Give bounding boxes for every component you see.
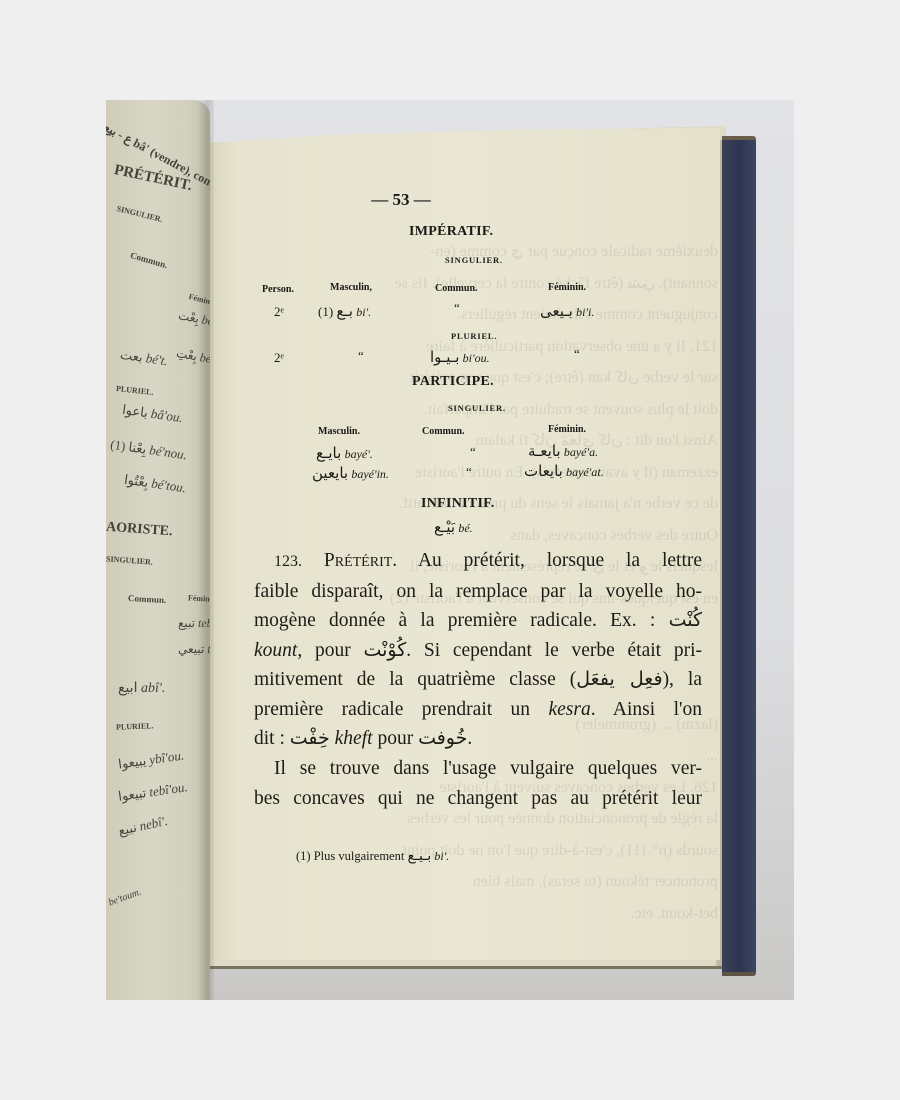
transliteration: abî'. [141,681,165,696]
left-page: ع ‑ بيع bâ' (vendre), conçue par ع PRÉTÉ… [106,100,210,1000]
left-pluriel-label: PLURIEL. [116,384,154,397]
gutter-shadow [198,100,214,1000]
part-row1-masc: بايـع bayé'. [316,444,373,462]
arabic-word: كُنْت [669,609,702,631]
right-page: deuxième radicale conçue par ي comme (en… [208,128,720,960]
transliteration: bayé'at. [566,465,604,479]
part-col-feminin: Féminin. [548,424,586,435]
infinitif-heading: INFINITIF. [421,496,495,512]
transliteration: bi'. [356,305,371,319]
part-row1-fem: بايعـة bayé'a. [528,442,598,460]
imp-plur-person: 2ᵉ [274,350,284,366]
left-aor-col-commun: Commun. [128,593,167,605]
arabic-word: بـيعى [540,302,573,320]
text: , pour [297,640,363,661]
arabic-word: بِعْت [177,308,200,325]
imp-plur-commun: بـيـوا bi'ou. [430,348,490,366]
part-row2-commun: “ [466,464,472,480]
text-line: mogène donnée à la première radicale. Ex… [254,606,702,636]
text-line: dit : خِفْت kheft pour خُوفت. [254,724,702,754]
text: dit : [254,728,290,749]
transliteration: bi'i. [576,305,594,319]
imp-sing-masc: (1) بـع bi'. [318,302,371,320]
page-number: — 53 — [145,190,657,210]
participe-heading: PARTICIPE. [412,374,494,390]
transliteration: kesra [548,699,590,720]
arabic-word: ابيع [118,680,137,696]
left-aoriste-heading: AORISTE. [106,520,173,541]
text-line: Il se trouve dans l'usage vulgaire quelq… [254,754,702,784]
transliteration: bé. [458,521,472,535]
text-line: première radicale prendrait un kesra. Ai… [254,695,702,725]
book-photo: deuxième radicale conçue par ي comme (en… [106,100,794,1000]
arabic-word: بعت [119,348,144,366]
footnote-marker: (1) [296,849,311,863]
left-singulier-label: SINGULIER. [116,204,164,224]
participe-singulier-label: SINGULIER. [448,403,506,413]
transliteration: nebî'. [138,813,169,834]
section-number: 123. [274,553,302,570]
text-line: mitivement de la quatrième classe (فعِل … [254,665,702,695]
transliteration: kheft [330,728,373,749]
left-pret-plural-row: باعوا bâ'ou. [121,402,184,426]
left-pret-row: بعت bé't. [119,347,169,370]
part-col-commun: Commun. [422,426,465,437]
transliteration: bi'. [434,849,449,863]
book-cover [722,136,756,976]
text-line: bes concaves qui ne changent pas au prét… [254,784,702,814]
imp-sing-fem: بـيعى bi'i. [540,302,594,320]
left-aor-row: ابيع abî'. [118,680,165,697]
text: . Si cependant le verbe était pri- [406,640,702,661]
text: ), la [663,669,702,690]
part-row2-fem: بايعات bayé'at. [524,462,604,480]
part-row1-commun: “ [470,444,476,460]
text: . Ainsi l'on [591,699,702,720]
imperatif-heading: IMPÉRATIF. [409,224,493,240]
transliteration: bayé'in. [351,467,389,481]
imp-plur-fem: “ [574,346,580,362]
text: première radicale prendrait un [254,699,548,720]
imp-plur-masc: “ [358,348,364,364]
arabic-word: بايعين [312,464,348,482]
text: mitivement de la quatrième classe ( [254,669,576,690]
left-pret-plural-row: بِعْتُوا bé'tou. [123,472,187,497]
transliteration: tebî'ou. [148,779,188,799]
left-col-commun: Commun. [129,250,169,270]
left-pret-plural-row: (1) بِعْنا bé'nou. [109,437,188,464]
left-aor-plural-row: نبيع nebî'. [117,813,169,839]
section-title: Prétérit. [324,550,397,571]
arabic-word: نبيع [117,821,138,839]
footnote-ref: (1) [109,437,126,454]
arabic-word: بايعـة [528,442,561,460]
transliteration: bâ'ou. [150,406,184,425]
arabic-word: بـع [336,302,353,320]
text: mogène donnée à la première radicale. Ex… [254,610,669,631]
col-feminin: Féminin. [548,282,586,293]
arabic-word: خِفْت [290,727,330,749]
footnote-ref: (1) [318,304,333,319]
text-line: kount, pour كُوْنْت. Si cependant le ver… [254,636,702,666]
infinitif-form: بَيْـع bé. [434,518,473,536]
transliteration: bayé'. [345,447,373,461]
arabic-word: بـيـوا [430,348,459,366]
imp-sing-commun: “ [454,300,460,316]
transliteration: kount [254,640,297,661]
text-line: faible disparaît, on la remplace par la … [254,577,702,607]
paragraph-123: 123. Prétérit. Au prétérit, lorsque la l… [254,546,702,754]
arabic-word: يبيعوا [117,754,147,773]
text-line: 123. Prétérit. Au prétérit, lorsque la l… [254,546,702,577]
paragraph-verbes-concaves: Il se trouve dans l'usage vulgaire quelq… [254,754,702,813]
left-aor-plural-row: يبيعوا ybî'ou. [117,747,185,772]
transliteration: bi'ou. [463,351,490,365]
text: Au prétérit, lorsque la lettre [397,550,702,571]
transliteration: ybî'ou. [148,747,185,767]
col-commun: Commun. [435,283,478,294]
arabic-word: بايـع [316,444,341,462]
left-aoriste-singulier: SINGULIER. [106,554,153,566]
arabic-word: بِعْنا [128,440,148,457]
arabic-word: تبيعوا [117,786,147,805]
col-person: Person. [262,284,294,295]
arabic-word: بِعْتِ [175,346,198,363]
arabic-word: فعِل يفعَل [576,668,662,690]
part-col-masculin: Masculin. [318,426,360,437]
arabic-word: باعوا [121,403,149,421]
transliteration: bayé'a. [564,445,598,459]
arabic-word: كُوْنْت [363,639,406,661]
part-row2-masc: بايعين bayé'in. [312,464,389,482]
col-masculin: Masculin, [330,282,372,293]
transliteration: bé't. [145,350,169,368]
arabic-word: بـيـع [407,848,431,864]
footnote-text: Plus vulgairement [314,849,405,863]
imperatif-pluriel-label: PLURIEL. [451,331,497,341]
imperatif-singulier-label: SINGULIER. [445,255,503,265]
imp-sing-person: 2ᵉ [274,304,284,320]
arabic-word: بَيْـع [434,518,455,536]
footnote: (1) Plus vulgairement بـيـع bi'. [296,848,449,864]
left-aor-plural-row: تبيعوا tebî'ou. [117,779,188,805]
transliteration: bé'tou. [150,476,187,496]
text: pour [373,728,419,749]
left-bottom-fragment: be'toum. [107,887,143,909]
arabic-word: تبيع [178,616,195,630]
arabic-word: بايعات [524,462,563,480]
text: . [467,728,472,749]
transliteration: bé'nou. [148,442,188,462]
arabic-word: بِعْتُوا [123,473,149,491]
arabic-word: خُوفت [418,727,467,749]
left-aor-pluriel-label: PLURIEL. [116,721,154,731]
